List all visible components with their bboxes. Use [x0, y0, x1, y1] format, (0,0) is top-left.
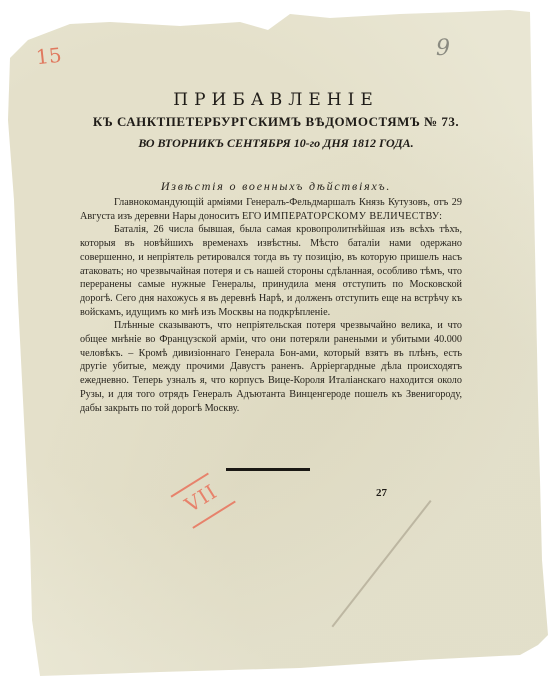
paragraph-intro: Главнокомандующiй армiями Генералъ-Фельд…	[80, 196, 462, 223]
document-title: ПРИБАВЛЕНIЕ	[0, 90, 552, 110]
paragraph-prisoners-report: Плѣнные сказываютъ, что непрiятельская п…	[80, 319, 462, 415]
page-number: 27	[376, 487, 387, 499]
paragraph-battle-report: Баталiя, 26 числа бывшая, была самая кро…	[80, 223, 462, 319]
document-dateline: ВО ВТОРНИКЪ СЕНТЯБРЯ 10-го ДНЯ 1812 ГОДА…	[0, 136, 552, 151]
pencil-folio-number: 9	[436, 36, 450, 61]
document-subtitle: КЪ САНКТПЕТЕРБУРГСКИМЪ ВѢДОМОСТЯМЪ № 73.	[0, 114, 552, 130]
closing-rule	[226, 468, 310, 471]
red-margin-number: 15	[35, 43, 63, 70]
imperial-address: ИМПЕРАТОРСКОМУ ВЕЛИЧЕСТВУ:	[264, 211, 443, 222]
article-body: Главнокомандующiй армiями Генералъ-Фельд…	[80, 196, 462, 415]
section-heading: Извѣстiя о военныхъ дѣйствiяхъ.	[0, 179, 552, 194]
